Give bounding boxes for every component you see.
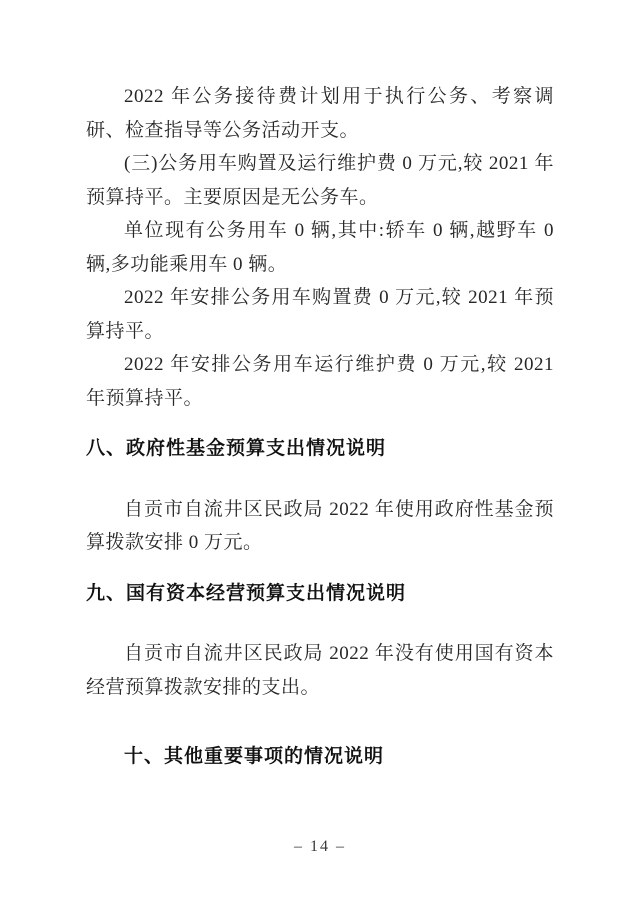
document-content: 2022 年公务接待费计划用于执行公务、考察调研、检查指导等公务活动开支。 (三… — [86, 80, 554, 801]
paragraph-vehicle-purchase-budget: 2022 年安排公务用车购置费 0 万元,较 2021 年预算持平。 — [86, 281, 554, 348]
paragraph-state-capital-budget: 自贡市自流井区民政局 2022 年没有使用国有资本经营预算拨款安排的支出。 — [86, 637, 554, 704]
paragraph-vehicle-purchase-maintenance: (三)公务用车购置及运行维护费 0 万元,较 2021 年预算持平。主要原因是无… — [86, 147, 554, 214]
paragraph-vehicle-maintenance-budget: 2022 年安排公务用车运行维护费 0 万元,较 2021 年预算持平。 — [86, 348, 554, 415]
paragraph-government-fund-budget: 自贡市自流井区民政局 2022 年使用政府性基金预算拨款安排 0 万元。 — [86, 493, 554, 560]
document-page: 2022 年公务接待费计划用于执行公务、考察调研、检查指导等公务活动开支。 (三… — [0, 0, 640, 906]
heading-section-9-state-capital-budget: 九、国有资本经营预算支出情况说明 — [86, 577, 554, 611]
heading-section-10-other-important-matters: 十、其他重要事项的情况说明 — [86, 740, 554, 774]
paragraph-vehicle-inventory: 单位现有公务用车 0 辆,其中:轿车 0 辆,越野车 0 辆,多功能乘用车 0 … — [86, 214, 554, 281]
heading-section-8-government-fund-budget: 八、政府性基金预算支出情况说明 — [86, 432, 554, 466]
page-number: – 14 – — [0, 838, 640, 856]
paragraph-reception-fee-purpose: 2022 年公务接待费计划用于执行公务、考察调研、检查指导等公务活动开支。 — [86, 80, 554, 147]
